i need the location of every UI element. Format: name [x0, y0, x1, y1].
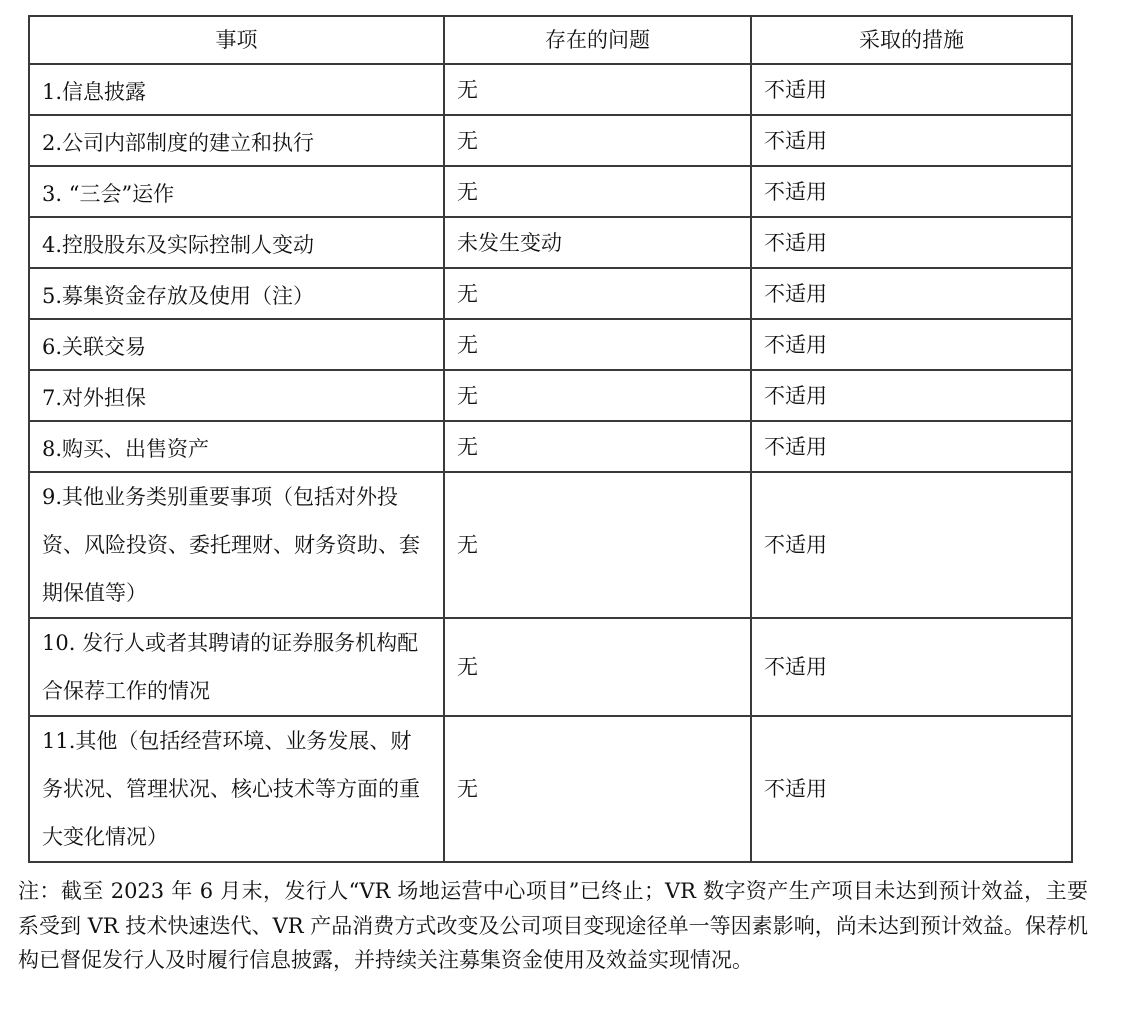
- table-row: 3. “三会”运作 无 不适用: [29, 166, 1072, 217]
- item-cell: 9.其他业务类别重要事项（包括对外投资、风险投资、委托理财、财务资助、套期保值等…: [29, 472, 444, 618]
- measure-cell: 不适用: [751, 319, 1072, 370]
- measure-cell: 不适用: [751, 115, 1072, 166]
- measure-cell: 不适用: [751, 268, 1072, 319]
- item-cell: 6.关联交易: [29, 319, 444, 370]
- measure-cell: 不适用: [751, 370, 1072, 421]
- issue-cell: 无: [444, 472, 751, 618]
- item-cell: 1.信息披露: [29, 64, 444, 115]
- item-cell: 11.其他（包括经营环境、业务发展、财务状况、管理状况、核心技术等方面的重大变化…: [29, 716, 444, 862]
- measure-cell: 不适用: [751, 217, 1072, 268]
- issue-cell: 未发生变动: [444, 217, 751, 268]
- item-cell: 5.募集资金存放及使用（注）: [29, 268, 444, 319]
- matters-table: 事项 存在的问题 采取的措施 1.信息披露 无 不适用 2.公司内部制度的建立和…: [28, 15, 1073, 863]
- issue-cell: 无: [444, 268, 751, 319]
- table-row: 6.关联交易 无 不适用: [29, 319, 1072, 370]
- measure-cell: 不适用: [751, 166, 1072, 217]
- issue-cell: 无: [444, 716, 751, 862]
- measure-cell: 不适用: [751, 421, 1072, 472]
- table-row: 8.购买、出售资产 无 不适用: [29, 421, 1072, 472]
- header-measure: 采取的措施: [751, 16, 1072, 64]
- footnote: 注：截至 2023 年 6 月末，发行人“VR 场地运营中心项目”已终止；VR …: [18, 874, 1088, 978]
- table-row: 10. 发行人或者其聘请的证券服务机构配合保荐工作的情况 无 不适用: [29, 618, 1072, 716]
- item-cell: 10. 发行人或者其聘请的证券服务机构配合保荐工作的情况: [29, 618, 444, 716]
- table-row: 9.其他业务类别重要事项（包括对外投资、风险投资、委托理财、财务资助、套期保值等…: [29, 472, 1072, 618]
- header-item: 事项: [29, 16, 444, 64]
- item-cell: 3. “三会”运作: [29, 166, 444, 217]
- issue-cell: 无: [444, 618, 751, 716]
- table-row: 2.公司内部制度的建立和执行 无 不适用: [29, 115, 1072, 166]
- table-row: 5.募集资金存放及使用（注） 无 不适用: [29, 268, 1072, 319]
- issue-cell: 无: [444, 64, 751, 115]
- table-row: 1.信息披露 无 不适用: [29, 64, 1072, 115]
- measure-cell: 不适用: [751, 716, 1072, 862]
- measure-cell: 不适用: [751, 64, 1072, 115]
- item-cell: 7.对外担保: [29, 370, 444, 421]
- table-row: 7.对外担保 无 不适用: [29, 370, 1072, 421]
- item-cell: 4.控股股东及实际控制人变动: [29, 217, 444, 268]
- issue-cell: 无: [444, 166, 751, 217]
- header-issue: 存在的问题: [444, 16, 751, 64]
- issue-cell: 无: [444, 370, 751, 421]
- issue-cell: 无: [444, 319, 751, 370]
- measure-cell: 不适用: [751, 618, 1072, 716]
- measure-cell: 不适用: [751, 472, 1072, 618]
- issue-cell: 无: [444, 421, 751, 472]
- table-header-row: 事项 存在的问题 采取的措施: [29, 16, 1072, 64]
- issue-cell: 无: [444, 115, 751, 166]
- item-cell: 8.购买、出售资产: [29, 421, 444, 472]
- table-row: 4.控股股东及实际控制人变动 未发生变动 不适用: [29, 217, 1072, 268]
- item-cell: 2.公司内部制度的建立和执行: [29, 115, 444, 166]
- table-row: 11.其他（包括经营环境、业务发展、财务状况、管理状况、核心技术等方面的重大变化…: [29, 716, 1072, 862]
